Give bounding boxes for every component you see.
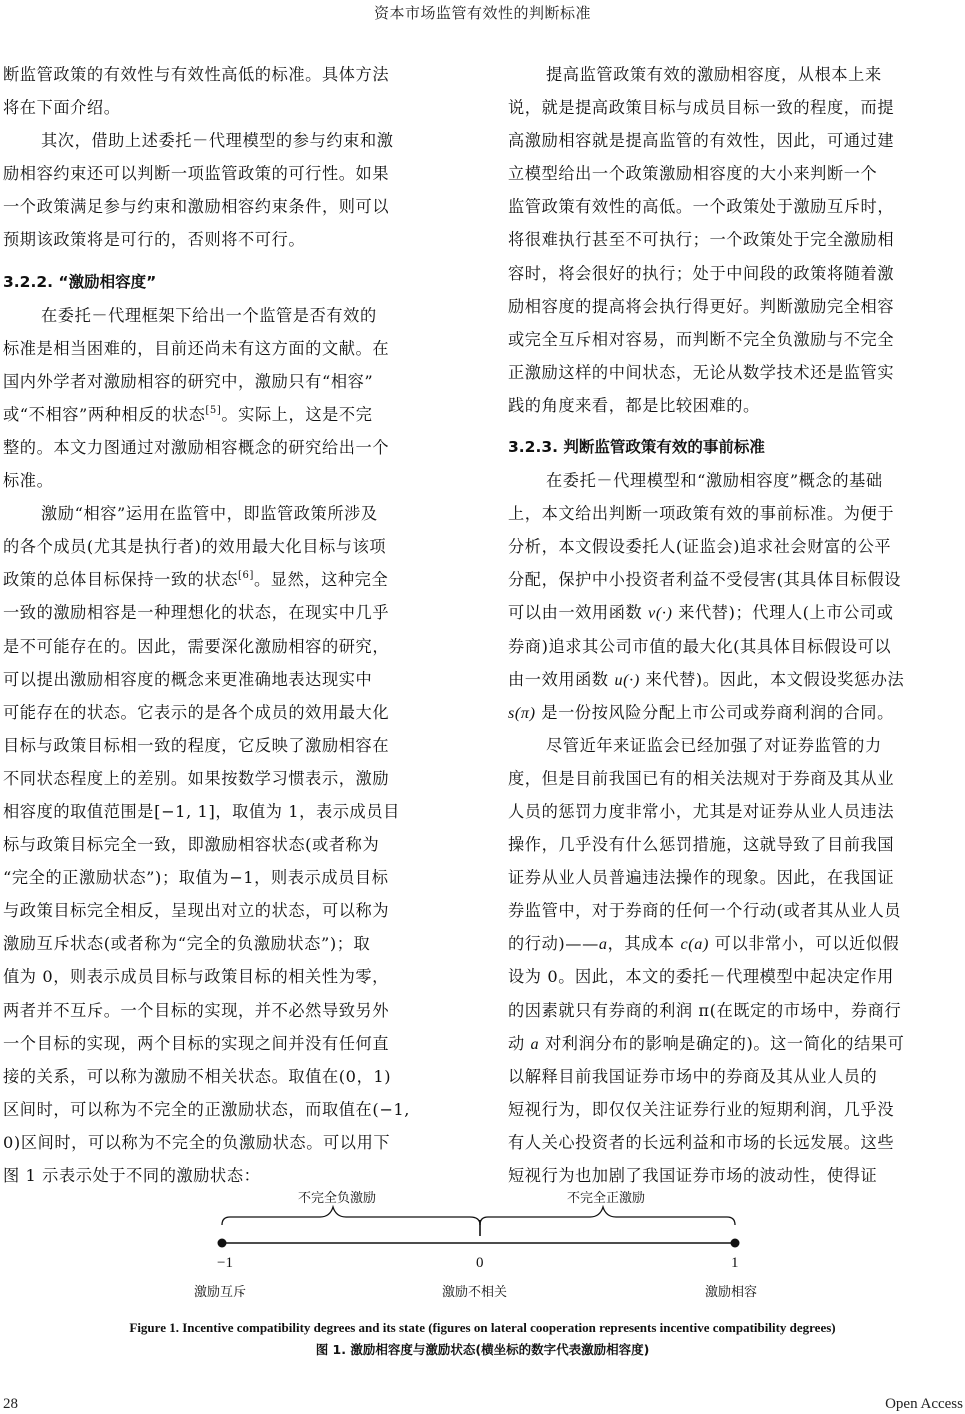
brace-label-positive: 不完全正激励: [567, 1187, 645, 1206]
text-line: 值为 0，则表示成员目标与政策目标的相关性为零，: [3, 960, 460, 993]
text-line: 践的角度来看，都是比较困难的。: [508, 389, 965, 422]
math-u: u(·): [614, 671, 639, 689]
text-line: 在委托－代理框架下给出一个监管是否有效的: [3, 299, 460, 332]
text-line: 操作，几乎没有什么惩罚措施，这就导致了目前我国: [508, 828, 965, 861]
text-line: 上，本文给出判断一项政策有效的事前标准。为便于: [508, 497, 965, 530]
text-line: 以解释目前我国证券市场中的券商及其从业人员的: [508, 1060, 965, 1093]
text-line: 接的关系，可以称为激励不相关状态。取值在(0，1): [3, 1060, 460, 1093]
text-line: 励相容约束还可以判断一项监管政策的可行性。如果: [3, 157, 460, 190]
page-number: 28: [3, 1396, 18, 1413]
text-line: 有人关心投资者的长远利益和市场的长远发展。这些: [508, 1126, 965, 1159]
text-line: 激励“相容”运用在监管中，即监管政策所涉及: [3, 497, 460, 530]
endpoint-dot-icon: [218, 1239, 227, 1248]
brace-label-negative: 不完全负激励: [298, 1187, 376, 1206]
text-line: 可以由一效用函数 v(·) 来代替)；代理人(上市公司或: [508, 596, 965, 629]
text-line: 容时，将会很好的执行；处于中间段的政策将随着激: [508, 257, 965, 290]
text-line: “完全的正激励状态”)；取值为−1，则表示成员目标: [3, 861, 460, 894]
text-line: 整的。本文力图通过对激励相容概念的研究给出一个: [3, 431, 460, 464]
text-line: 国内外学者对激励相容的研究中，激励只有“相容”: [3, 365, 460, 398]
state-label: 激励相容: [705, 1281, 757, 1300]
text-line: 证券从业人员普遍违法操作的现象。因此，在我国证: [508, 861, 965, 894]
text-line: 将很难执行甚至不可执行；一个政策处于完全激励相: [508, 223, 965, 256]
text-line: s(π) 是一份按风险分配上市公司或券商利润的合同。: [508, 696, 965, 729]
text-line: 可以提出激励相容度的概念来更准确地表达现实中: [3, 663, 460, 696]
text-line: 0)区间时，可以称为不完全的负激励状态。可以用下: [3, 1126, 460, 1159]
text-line: 断监管政策的有效性与有效性高低的标准。具体方法: [3, 58, 460, 91]
text-line: 的各个成员(尤其是执行者)的效用最大化目标与该项: [3, 530, 460, 563]
brace-negative-icon: [222, 1207, 480, 1225]
tick-label: 1: [731, 1255, 739, 1272]
text-line: 区间时，可以称为不完全的正激励状态，而取值在(−1,: [3, 1093, 460, 1126]
text-line: 度，但是目前我国已有的相关法规对于券商及其从业: [508, 762, 965, 795]
figure-1-number-line: 不完全负激励 不完全正激励 −1 0 1 激励互斥 激励不相关 激励相容: [190, 1175, 790, 1305]
text-line: 一个目标的实现，两个目标的实现之间并没有任何直: [3, 1027, 460, 1060]
text-line: 与政策目标完全相反，呈现出对立的状态，可以称为: [3, 894, 460, 927]
text-line: 两者并不互斥。一个目标的实现，并不必然导致另外: [3, 994, 460, 1027]
text-line: 的因素就只有券商的利润 π(在既定的市场中，券商行: [508, 994, 965, 1027]
running-title: 资本市场监管有效性的判断标准: [0, 2, 965, 23]
text-line: 是不可能存在的。因此，需要深化激励相容的研究，: [3, 630, 460, 663]
text-line: 高激励相容就是提高监管的有效性，因此，可通过建: [508, 124, 965, 157]
text-line: 一个政策满足参与约束和激励相容约束条件，则可以: [3, 190, 460, 223]
tick-label: −1: [217, 1255, 233, 1272]
tick-label: 0: [476, 1255, 484, 1272]
text-line: 券监管中，对于券商的任何一个行动(或者其从业人员: [508, 894, 965, 927]
math-pi: π: [698, 1001, 709, 1020]
text-line: 励相容度的提高将会执行得更好。判断激励完全相容: [508, 290, 965, 323]
left-column: 断监管政策的有效性与有效性高低的标准。具体方法 将在下面介绍。 其次，借助上述委…: [3, 58, 460, 1192]
citation-ref[interactable]: [5]: [205, 405, 221, 416]
text-line: 设为 0。因此，本文的委托－代理模型中起决定作用: [508, 960, 965, 993]
math-v: v(·): [648, 604, 672, 622]
text-line: 标与政策目标完全一致，即激励相容状态(或者称为: [3, 828, 460, 861]
state-label: 激励不相关: [442, 1281, 507, 1300]
figure-caption-cn: 图 1. 激励相容度与激励状态(横坐标的数字代表激励相容度): [0, 1340, 965, 1358]
text-line: 人员的惩罚力度非常小，尤其是对证券从业人员违法: [508, 795, 965, 828]
publisher-label: Open Access: [885, 1396, 963, 1413]
text-line: 分析，本文假设委托人(证监会)追求社会财富的公平: [508, 530, 965, 563]
text-line: 政策的总体目标保持一致的状态[6]。显然，这种完全: [3, 563, 460, 596]
text-line: 标准。: [3, 464, 460, 497]
text-line: 激励互斥状态(或者称为“完全的负激励状态”)；取: [3, 927, 460, 960]
math-c-a: c(a): [680, 935, 708, 953]
section-heading-3-2-2: 3.2.2. “激励相容度”: [3, 266, 460, 299]
text-line: 正激励这样的中间状态，无论从数学技术还是监管实: [508, 356, 965, 389]
text-line: 或完全互斥相对容易，而判断不完全负激励与不完全: [508, 323, 965, 356]
text-line: 或“不相容”两种相反的状态[5]。实际上，这是不完: [3, 398, 460, 431]
text-line: 短视行为，即仅仅关注证券行业的短期利润，几乎没: [508, 1093, 965, 1126]
text-line: 由一效用函数 u(·) 来代替)。因此，本文假设奖惩办法: [508, 663, 965, 696]
text-line: 不同状态程度上的差别。如果按数学习惯表示，激励: [3, 762, 460, 795]
text-line: 将在下面介绍。: [3, 91, 460, 124]
text-line: 目标与政策目标相一致的程度，它反映了激励相容在: [3, 729, 460, 762]
text-line: 监管政策有效性的高低。一个政策处于激励互斥时，: [508, 190, 965, 223]
text-line: 动 a 对利润分布的影响是确定的)。这一简化的结果可: [508, 1027, 965, 1060]
text-line: 预期该政策将是可行的，否则将不可行。: [3, 223, 460, 256]
state-label: 激励互斥: [194, 1281, 246, 1300]
text-line: 相容度的取值范围是[−1, 1]，取值为 1，表示成员目: [3, 795, 460, 828]
brace-positive-icon: [480, 1207, 735, 1225]
right-column: 提高监管政策有效的激励相容度，从根本上来 说，就是提高政策目标与成员目标一致的程…: [508, 58, 965, 1192]
text-line: 的行动)——a，其成本 c(a) 可以非常小，可以近似假: [508, 927, 965, 960]
text-line: 立模型给出一个政策激励相容度的大小来判断一个: [508, 157, 965, 190]
text-line: 标准是相当困难的，目前还尚未有这方面的文献。在: [3, 332, 460, 365]
text-line: 在委托－代理模型和“激励相容度”概念的基础: [508, 464, 965, 497]
text-line: 一致的激励相容是一种理想化的状态，在现实中几乎: [3, 596, 460, 629]
text-line: 券商)追求其公司市值的最大化(其具体目标假设可以: [508, 630, 965, 663]
text-line: 说，就是提高政策目标与成员目标一致的程度，而提: [508, 91, 965, 124]
math-s-pi: s(π): [508, 704, 536, 722]
text-line: 其次，借助上述委托－代理模型的参与约束和激: [3, 124, 460, 157]
citation-ref[interactable]: [6]: [238, 570, 254, 581]
text-line: 可能存在的状态。它表示的是各个成员的效用最大化: [3, 696, 460, 729]
text-line: 分配，保护中小投资者利益不受侵害(其具体目标假设: [508, 563, 965, 596]
text-line: 提高监管政策有效的激励相容度，从根本上来: [508, 58, 965, 91]
section-heading-3-2-3: 3.2.3. 判断监管政策有效的事前标准: [508, 431, 965, 464]
figure-caption-en: Figure 1. Incentive compatibility degree…: [0, 1320, 965, 1336]
text-line: 尽管近年来证监会已经加强了对证券监管的力: [508, 729, 965, 762]
endpoint-dot-icon: [731, 1239, 740, 1248]
